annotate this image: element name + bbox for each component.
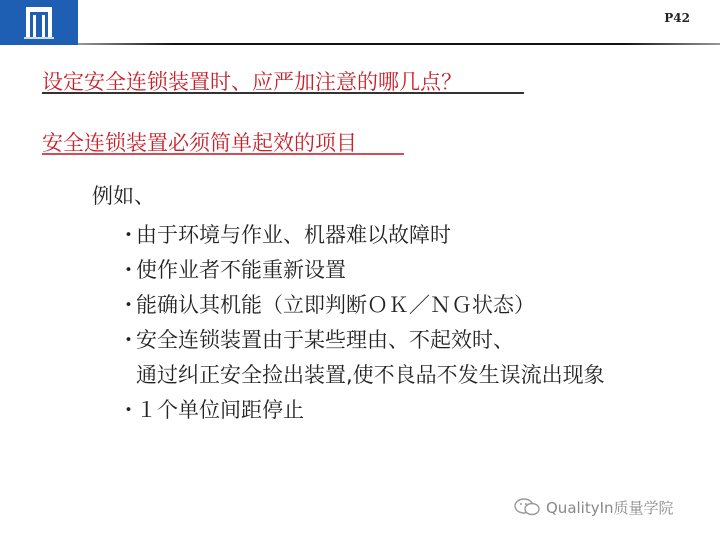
bullet-text: 安全连锁装置由于某些理由、不起效时、 (136, 328, 514, 352)
bullet-item: ・由于环境与作业、机器难以故障时 (118, 218, 605, 253)
bullet-text: １个单位间距停止 (136, 398, 304, 422)
bullet-marker: ・ (118, 288, 136, 323)
bullet-text: 使作业者不能重新设置 (136, 258, 346, 282)
bullet-continuation: 通过纠正安全捡出装置,使不良品不发生误流出现象 (118, 358, 605, 393)
title-underline (42, 92, 524, 94)
bullet-text: 能确认其机能（立即判断ＯＫ／ＮＧ状态） (136, 293, 535, 317)
bullet-item: ・使作业者不能重新设置 (118, 253, 605, 288)
watermark: QualityIn质量学院 (512, 496, 674, 518)
bullet-text: 通过纠正安全捡出装置,使不良品不发生误流出现象 (136, 363, 605, 387)
bullet-marker: ・ (118, 323, 136, 358)
bullet-item: ・安全连锁装置由于某些理由、不起效时、 (118, 323, 605, 358)
logo-block (0, 0, 78, 45)
building-pillars-logo-icon (24, 5, 54, 41)
intro-text: 例如、 (92, 180, 155, 210)
watermark-text: QualityIn质量学院 (546, 497, 674, 518)
bullet-item: ・１个单位间距停止 (118, 393, 605, 428)
header-divider (78, 43, 720, 45)
bullet-list: ・由于环境与作业、机器难以故障时 ・使作业者不能重新设置 ・能确认其机能（立即判… (118, 218, 605, 428)
page-number: P42 (664, 11, 690, 25)
wechat-icon (512, 496, 542, 518)
bullet-text: 由于环境与作业、机器难以故障时 (136, 223, 451, 247)
bullet-marker: ・ (118, 393, 136, 428)
bullet-marker: ・ (118, 253, 136, 288)
bullet-marker: ・ (118, 218, 136, 253)
bullet-item: ・能确认其机能（立即判断ＯＫ／ＮＧ状态） (118, 288, 605, 323)
subtitle-underline (42, 153, 404, 155)
